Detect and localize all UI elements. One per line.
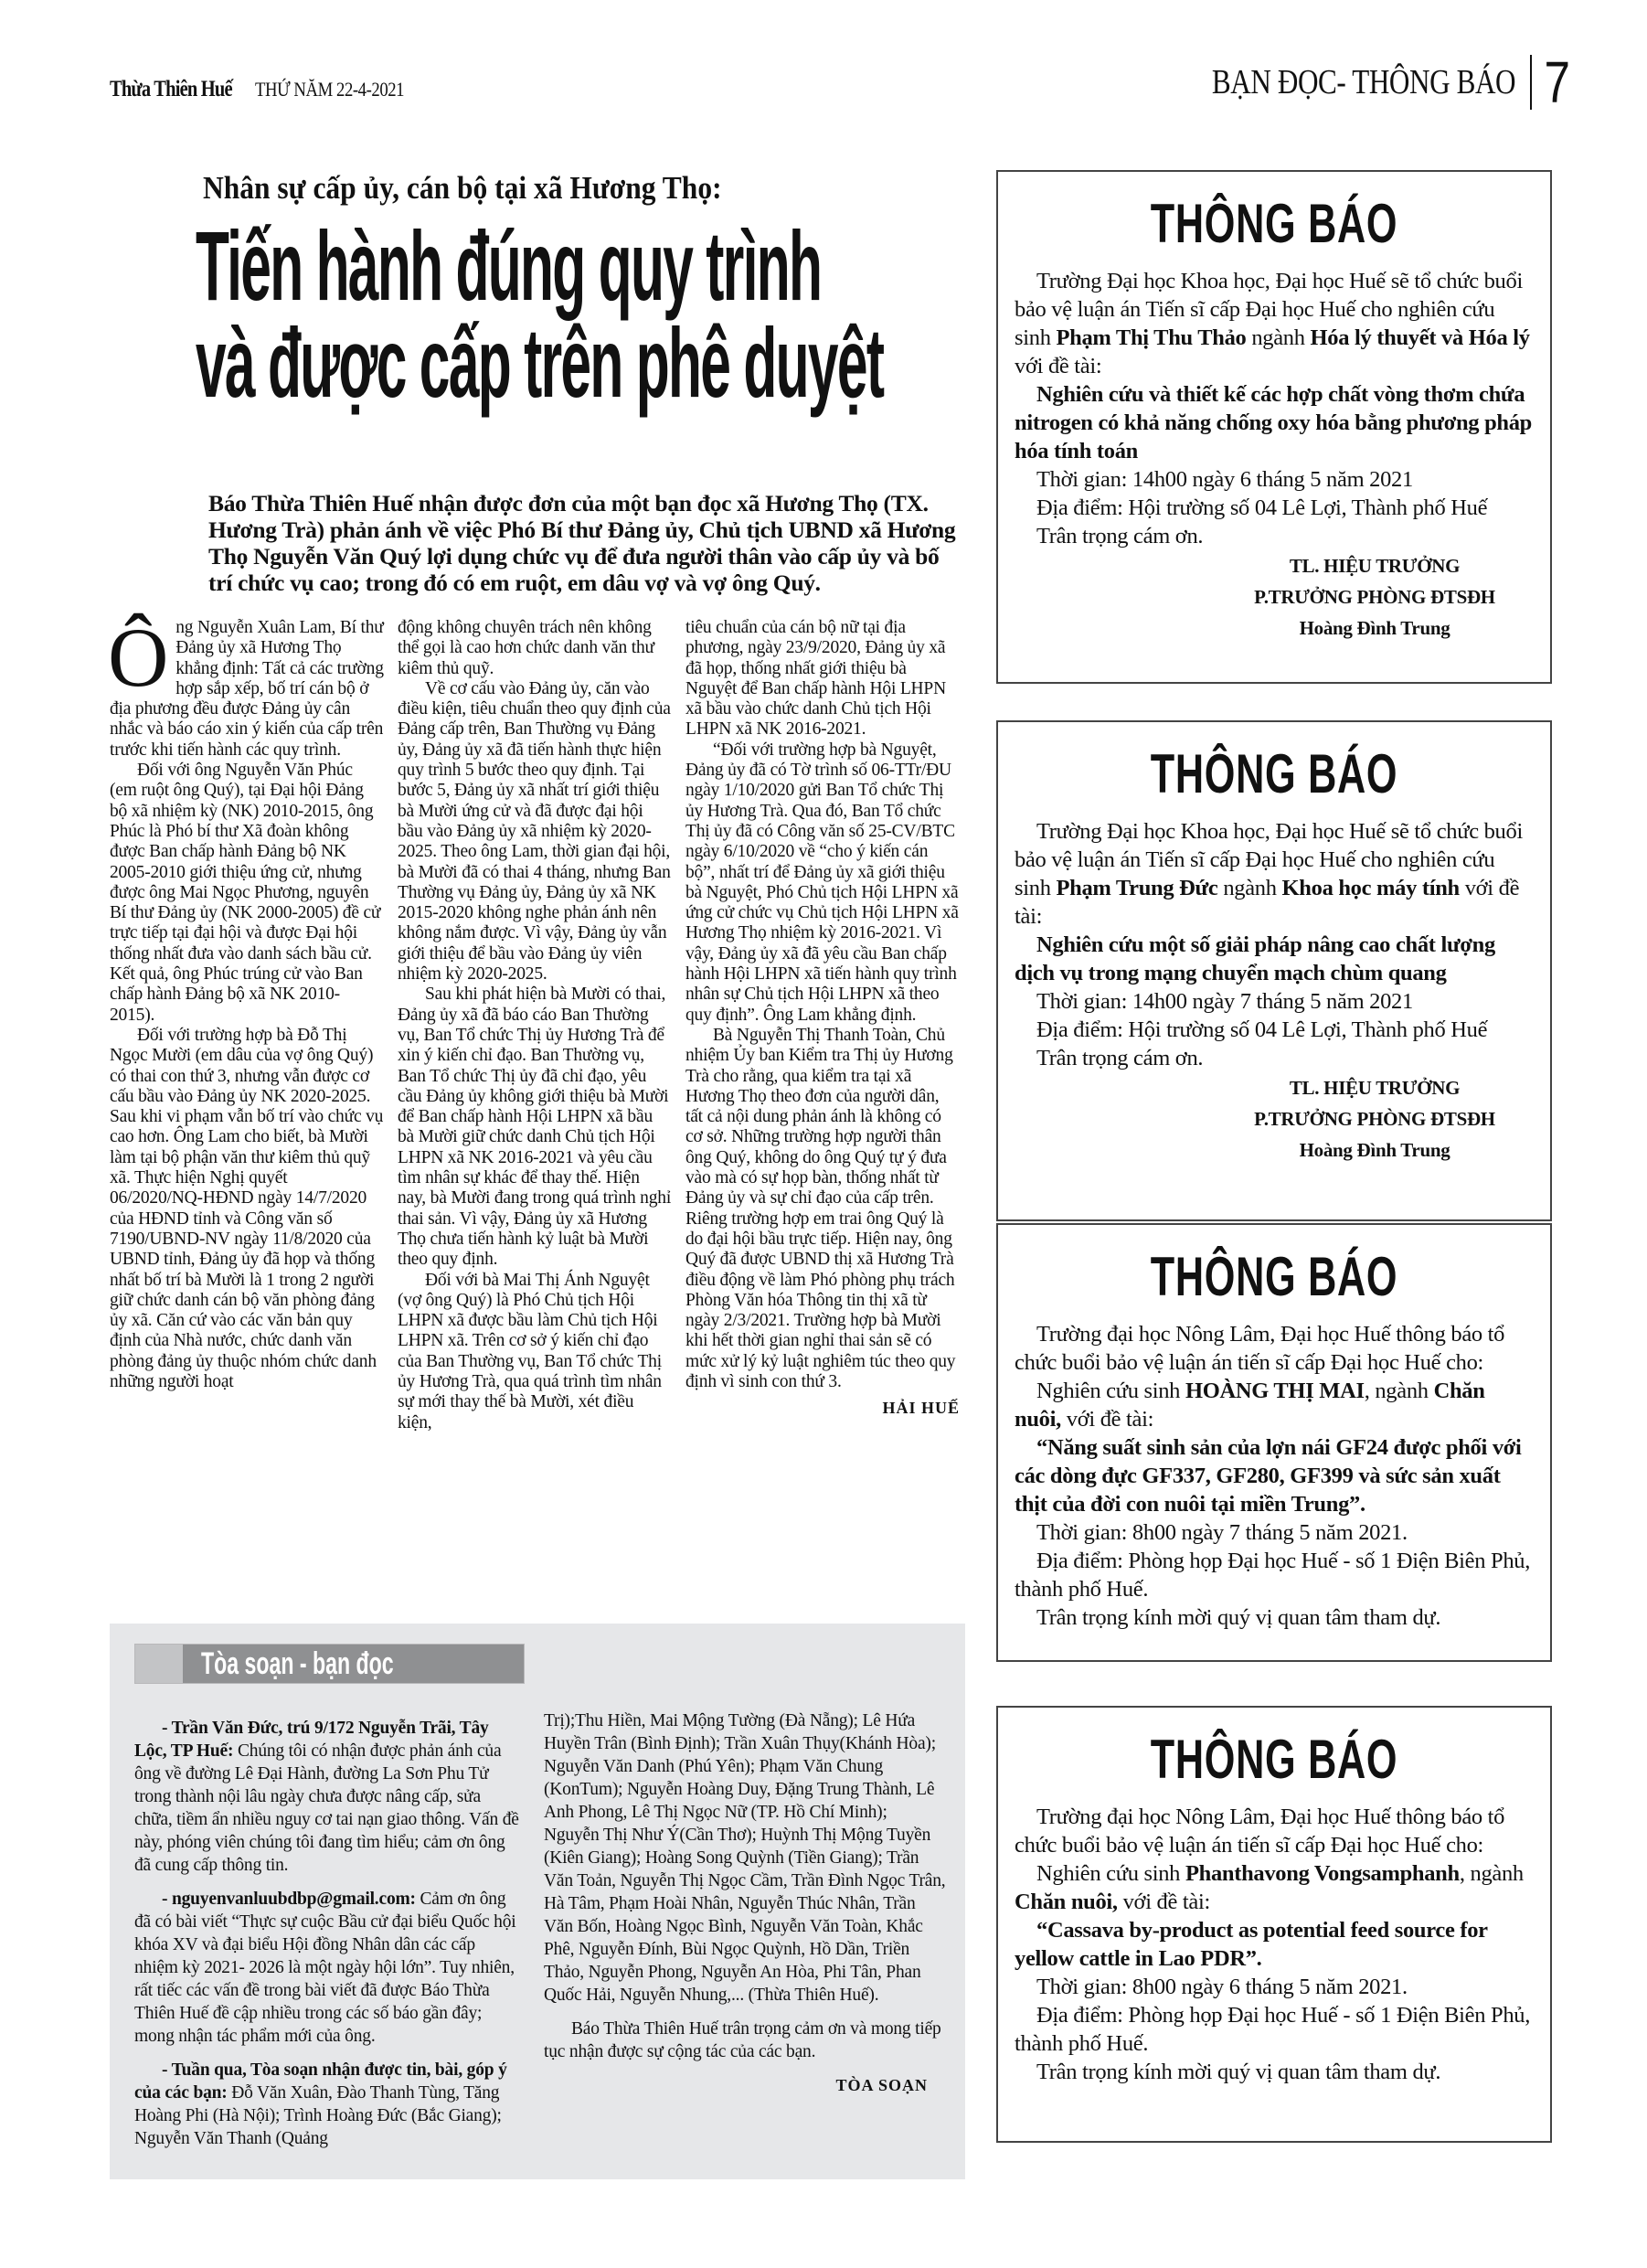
reader-item: - nguyenvanluubdbp@gmail.com: Cảm ơn ông… <box>134 1888 523 2048</box>
reader-mailbox-banner: Tòa soạn - bạn đọc <box>134 1644 525 1684</box>
candidate-name: HOÀNG THỊ MAI <box>1185 1379 1365 1403</box>
article-paragraph: Ông Nguyễn Xuân Lam, Bí thư Đảng ủy xã H… <box>110 618 384 761</box>
reader-thanks: Báo Thừa Thiên Huế trân trọng cảm ơn và … <box>544 2018 946 2063</box>
article-paragraph: Đối với trường hợp bà Đỗ Thị Ngọc Mười (… <box>110 1026 384 1392</box>
notice-closing: Trân trọng kính mời quý vị quan tâm tham… <box>1015 1603 1534 1632</box>
article-paragraph: “Đối với trường hợp bà Nguyệt, Đảng ủy đ… <box>685 740 960 1026</box>
notice-closing: Trân trọng kính mời quý vị quan tâm tham… <box>1015 2058 1534 2086</box>
notice-time: Thời gian: 14h00 ngày 7 tháng 5 năm 2021 <box>1015 987 1534 1016</box>
notice-time: Thời gian: 8h00 ngày 6 tháng 5 năm 2021. <box>1015 1973 1534 2001</box>
page-number: 7 <box>1545 55 1570 110</box>
reader-contributors: Trị);Thu Hiền, Mai Mộng Tường (Đà Nẵng);… <box>544 1709 946 2007</box>
notice-box-4: THÔNG BÁO Trường đại học Nông Lâm, Đại h… <box>996 1706 1552 2143</box>
header-divider <box>1530 55 1532 110</box>
candidate-name: Phanthavong Vongsamphanh <box>1185 1861 1460 1886</box>
notice-signature: TL. HIỆU TRƯỞNG P.TRƯỞNG PHÒNG ĐTSĐH Hoà… <box>1216 1072 1534 1166</box>
notice-topic: “Năng suất sinh sản của lợn nái GF24 đượ… <box>1015 1433 1534 1518</box>
reader-email: - nguyenvanluubdbp@gmail.com: <box>162 1890 416 1909</box>
notice-time: Thời gian: 8h00 ngày 7 tháng 5 năm 2021. <box>1015 1518 1534 1547</box>
notice-title: THÔNG BÁO <box>1088 742 1461 806</box>
notice-title: THÔNG BÁO <box>1088 192 1461 256</box>
article-paragraph: Sau khi phát hiện bà Mười có thai, Đảng … <box>398 985 672 1270</box>
notice-title: THÔNG BÁO <box>1088 1728 1461 1792</box>
article-byline: HẢI HUẾ <box>685 1398 960 1418</box>
reader-mailbox-title: Tòa soạn - bạn đọc <box>201 1646 394 1681</box>
notice-title: THÔNG BÁO <box>1088 1245 1461 1309</box>
article-paragraph: Bà Nguyễn Thị Thanh Toàn, Chủ nhiệm Ủy b… <box>685 1026 960 1392</box>
notice-place: Địa điểm: Hội trường số 04 Lê Lợi, Thành… <box>1015 494 1534 522</box>
notice-intro: Trường đại học Nông Lâm, Đại học Huế thô… <box>1015 1320 1534 1377</box>
notice-candidate: Nghiên cứu sinh Phanthavong Vongsamphanh… <box>1015 1859 1534 1916</box>
reader-mailbox-section: Tòa soạn - bạn đọc - Trần Văn Đức, trú 9… <box>110 1624 965 2179</box>
article-paragraph: Đối với bà Mai Thị Ánh Nguyệt (vợ ông Qu… <box>398 1271 672 1433</box>
notice-closing: Trân trọng cám ơn. <box>1015 1044 1534 1072</box>
notice-intro: Trường Đại học Khoa học, Đại học Huế sẽ … <box>1015 267 1534 380</box>
notice-time: Thời gian: 14h00 ngày 6 tháng 5 năm 2021 <box>1015 465 1534 494</box>
notice-candidate: Nghiên cứu sinh HOÀNG THỊ MAI, ngành Chă… <box>1015 1377 1534 1433</box>
page-header-left: Thừa Thiên Huế THỨ NĂM 22-4-2021 <box>110 77 430 102</box>
notice-box-3: THÔNG BÁO Trường đại học Nông Lâm, Đại h… <box>996 1223 1552 1662</box>
notice-topic: Nghiên cứu và thiết kế các hợp chất vòng… <box>1015 380 1534 465</box>
drop-cap: Ô <box>108 627 168 687</box>
notice-place: Địa điểm: Phòng họp Đại học Huế - số 1 Đ… <box>1015 2001 1534 2058</box>
article-column-2: động không chuyên trách nên không thể gọ… <box>398 618 672 1433</box>
notice-intro: Trường Đại học Khoa học, Đại học Huế sẽ … <box>1015 817 1534 931</box>
notice-closing: Trân trọng cám ơn. <box>1015 522 1534 550</box>
major: Hóa lý thuyết và Hóa lý <box>1311 325 1530 350</box>
notice-box-1: THÔNG BÁO Trường Đại học Khoa học, Đại h… <box>996 170 1552 684</box>
headline-line-1: Tiến hành đúng quy trình <box>196 218 883 314</box>
reader-column-2: Trị);Thu Hiền, Mai Mộng Tường (Đà Nẵng);… <box>544 1709 946 2097</box>
major: Khoa học máy tính <box>1282 876 1460 900</box>
article-headline: Tiến hành đúng quy trình và được cấp trê… <box>196 218 883 411</box>
banner-accent <box>135 1645 183 1683</box>
reader-item: - Tuần qua, Tòa soạn nhận được tin, bài,… <box>134 2059 523 2150</box>
article-paragraph: tiêu chuẩn của cán bộ nữ tại địa phương,… <box>685 618 960 740</box>
candidate-name: Phạm Thị Thu Thảo <box>1056 325 1246 350</box>
headline-line-2: và được cấp trên phê duyệt <box>196 314 883 411</box>
article-lead: Báo Thừa Thiên Huế nhận được đơn của một… <box>208 490 967 596</box>
article-column-3: tiêu chuẩn của cán bộ nữ tại địa phương,… <box>685 618 960 1419</box>
reader-column-1: - Trần Văn Đức, trú 9/172 Nguyễn Trãi, T… <box>134 1717 523 2161</box>
article-paragraph: Về cơ cấu vào Đảng ủy, căn vào điều kiện… <box>398 679 672 985</box>
notice-topic: “Cassava by-product as potential feed so… <box>1015 1916 1534 1973</box>
issue-date: THỨ NĂM 22-4-2021 <box>255 78 404 101</box>
section-name: BẠN ĐỌC- THÔNG BÁO <box>1212 62 1515 102</box>
article-paragraph: Đối với ông Nguyễn Văn Phúc (em ruột ông… <box>110 761 384 1026</box>
article-paragraph: động không chuyên trách nên không thể gọ… <box>398 618 672 679</box>
notice-topic: Nghiên cứu một số giải pháp nâng cao chấ… <box>1015 931 1534 987</box>
major: Chăn nuôi, <box>1015 1890 1118 1914</box>
article-column-1: Ông Nguyễn Xuân Lam, Bí thư Đảng ủy xã H… <box>110 618 384 1392</box>
notice-signature: TL. HIỆU TRƯỞNG P.TRƯỞNG PHÒNG ĐTSĐH Hoà… <box>1216 550 1534 644</box>
notice-place: Địa điểm: Hội trường số 04 Lê Lợi, Thành… <box>1015 1016 1534 1044</box>
page-header-right: BẠN ĐỌC- THÔNG BÁO 7 <box>1145 55 1574 110</box>
candidate-name: Phạm Trung Đức <box>1056 876 1217 900</box>
masthead: Thừa Thiên Huế <box>110 77 232 102</box>
reader-item: - Trần Văn Đức, trú 9/172 Nguyễn Trãi, T… <box>134 1717 523 1877</box>
notice-place: Địa điểm: Phòng họp Đại học Huế - số 1 Đ… <box>1015 1547 1534 1603</box>
notice-box-2: THÔNG BÁO Trường Đại học Khoa học, Đại h… <box>996 720 1552 1221</box>
reader-signature: TÒA SOẠN <box>544 2074 946 2097</box>
article-kicker: Nhân sự cấp ủy, cán bộ tại xã Hương Thọ: <box>203 170 722 207</box>
notice-intro: Trường đại học Nông Lâm, Đại học Huế thô… <box>1015 1803 1534 1859</box>
